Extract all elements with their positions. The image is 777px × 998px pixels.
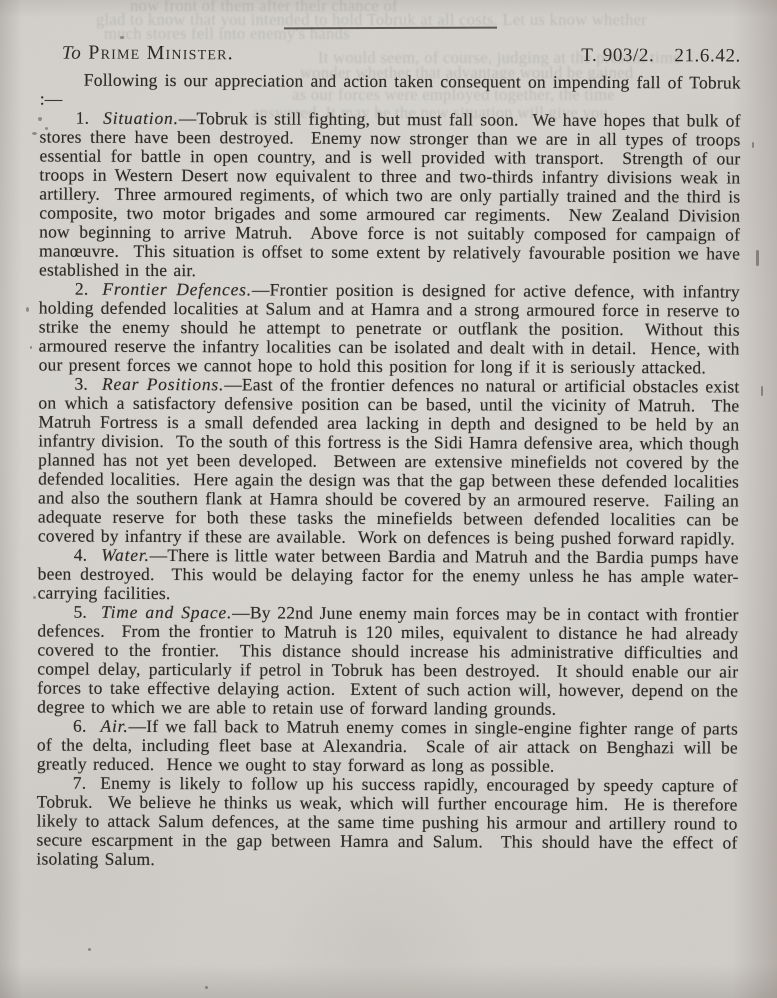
paragraph-7: 7.Enemy is likely to follow up his succe…	[36, 773, 737, 871]
paragraph-number: 1.	[76, 108, 90, 128]
paragraph-body: Enemy is likely to follow up his success…	[36, 773, 743, 869]
document-content: ToPrime Minister. T. 903/2.21.6.42. Foll…	[36, 40, 741, 871]
ink-speck	[120, 36, 124, 39]
paragraph-5: 5.Time and Space.—By 22nd June enemy mai…	[37, 602, 738, 719]
ink-speck	[752, 142, 754, 148]
reference-number: T. 903/2.	[581, 45, 654, 66]
paragraph-number: 7.	[73, 773, 87, 793]
salutation: ToPrime Minister.	[62, 41, 234, 67]
top-rule	[284, 27, 497, 30]
document-page: now front of them after their chance of …	[0, 0, 777, 998]
intro-paragraph: Following is our appreciation and action…	[40, 70, 741, 111]
paragraph-heading: Water.	[101, 545, 149, 565]
paragraph-4: 4.Water.—There is little water between B…	[38, 545, 739, 605]
document-header: ToPrime Minister. T. 903/2.21.6.42.	[40, 40, 741, 68]
paragraph-1: 1.Situation.—Tobruk is still fighting, b…	[39, 108, 741, 282]
intro-text: Following is our appreciation and action…	[40, 70, 747, 109]
paragraph-3: 3.Rear Positions.—East of the frontier d…	[38, 374, 740, 548]
paragraph-2: 2.Frontier Defences.—Frontier position i…	[39, 279, 740, 377]
salutation-prefix: To	[62, 43, 81, 64]
document-date: 21.6.42.	[674, 45, 741, 66]
paragraph-number: 6.	[73, 716, 87, 736]
ink-speck	[761, 386, 763, 396]
paragraph-heading: Frontier Defences.	[102, 279, 252, 300]
paragraph-number: 5.	[73, 602, 87, 622]
ink-speck	[32, 132, 37, 135]
paragraph-body: —East of the frontier defences no natura…	[38, 374, 746, 548]
salutation-name: Prime Minister.	[88, 42, 234, 65]
ink-speck	[88, 948, 91, 951]
ink-speck	[26, 307, 29, 312]
paragraph-heading: Rear Positions.	[102, 374, 224, 395]
reference-block: T. 903/2.21.6.42.	[581, 44, 741, 69]
ink-speck	[756, 250, 759, 266]
paragraph-body: —If we fall back to Matruh enemy comes i…	[37, 716, 744, 776]
paragraph-number: 4.	[74, 545, 88, 565]
paragraph-6: 6.Air.—If we fall back to Matruh enemy c…	[37, 716, 738, 776]
bleedthrough-line: now front of them after their chance of	[130, 0, 398, 16]
paragraph-body: —Tobruk is still fighting, but must fall…	[39, 108, 747, 280]
paragraph-heading: Situation.	[103, 108, 179, 128]
paragraph-heading: Time and Space.	[101, 602, 232, 623]
paragraph-number: 3.	[74, 374, 88, 394]
paragraph-number: 2.	[75, 279, 89, 299]
paragraph-heading: Air.	[101, 716, 129, 736]
ink-speck	[205, 986, 208, 989]
ink-speck	[30, 346, 32, 349]
ink-speck	[33, 596, 36, 599]
